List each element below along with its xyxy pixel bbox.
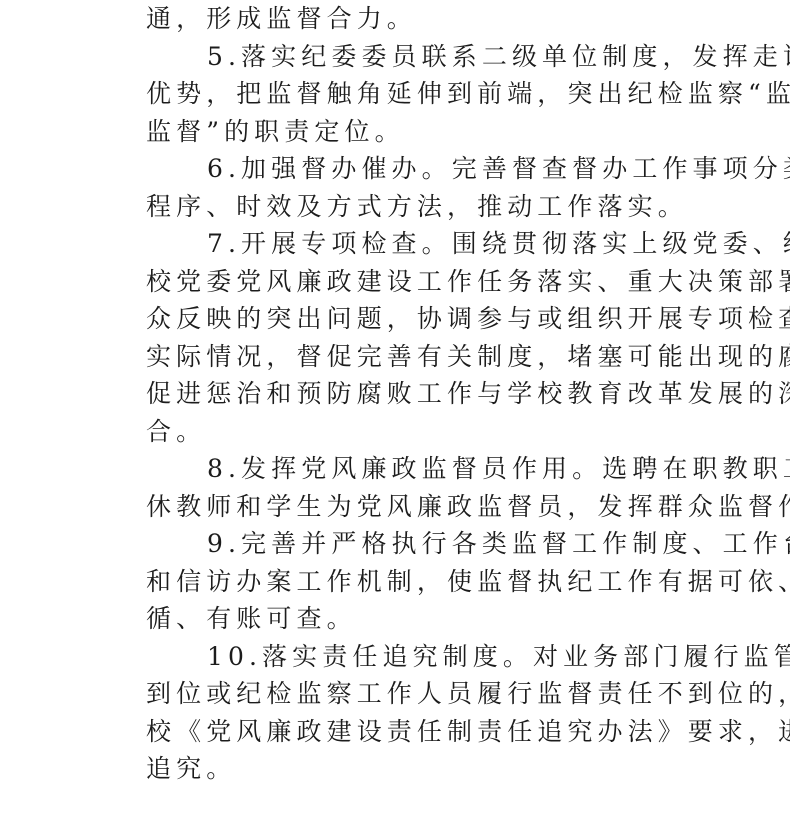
paragraph-5-start: 5.落实纪委委员联系二级单位制度，发挥走访、下访 — [207, 38, 790, 76]
paragraph-9-start: 9.完善并严格执行各类监督工作制度、工作台账制度 — [207, 525, 790, 563]
text-line: 促进惩治和预防腐败工作与学校教育改革发展的深度融 — [146, 375, 790, 413]
text-line: 程序、时效及方式方法，推动工作落实。 — [146, 188, 688, 226]
text-line: 实际情况，督促完善有关制度，堵塞可能出现的腐败漏洞， — [146, 338, 790, 376]
paragraph-7-start: 7.开展专项检查。围绕贯彻落实上级党委、纪委和学 — [207, 225, 790, 263]
text-line: 监督”的职责定位。 — [146, 113, 405, 151]
text-line: 通，形成监督合力。 — [146, 0, 417, 38]
text-line: 循、有账可查。 — [146, 600, 357, 638]
paragraph-6-start: 6.加强督办催办。完善督查督办工作事项分类、工作 — [207, 150, 790, 188]
text-line: 和信访办案工作机制，使监督执纪工作有据可依、有章可 — [146, 563, 790, 601]
text-line: 到位或纪检监察工作人员履行监督责任不到位的，按照学 — [146, 675, 790, 713]
paragraph-8-start: 8.发挥党风廉政监督员作用。选聘在职教职工、离退 — [207, 450, 790, 488]
text-line: 校《党风廉政建设责任制责任追究办法》要求，进行责任 — [146, 713, 790, 751]
text-line: 优势，把监督触角延伸到前端，突出纪检监察“监督的再 — [146, 75, 790, 113]
text-line: 合。 — [146, 413, 206, 451]
paragraph-10-start: 10.落实责任追究制度。对业务部门履行监管责任不 — [207, 638, 790, 676]
text-line: 众反映的突出问题，协调参与或组织开展专项检查，掌握 — [146, 300, 790, 338]
text-line: 校党委党风廉政建设工作任务落实、重大决策部署以及群 — [146, 263, 790, 301]
text-line: 追究。 — [146, 750, 236, 788]
text-line: 休教师和学生为党风廉政监督员，发挥群众监督作用。 — [146, 488, 790, 526]
